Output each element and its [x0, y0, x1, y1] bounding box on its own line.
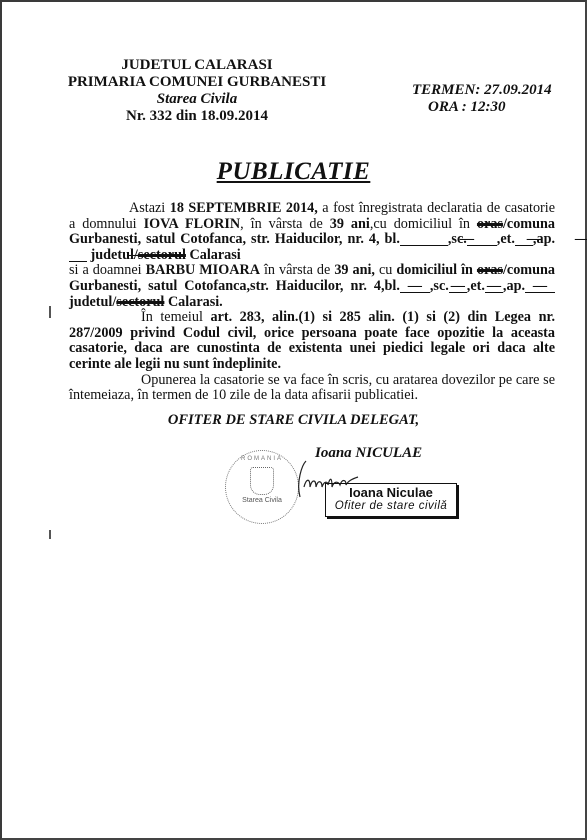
signature-name-box: Ioana Niculae Ofiter de stare civilă	[325, 483, 457, 517]
stamp-top-text: ROMANIA	[240, 456, 284, 462]
official-stamp: ROMANIA Starea Civila	[225, 450, 299, 524]
scan-artifact	[49, 306, 51, 318]
signatory-name: Ioana Niculae	[326, 485, 456, 500]
groom-name: IOVA FLORIN	[144, 216, 241, 232]
document-title: PUBLICATIE	[2, 158, 585, 186]
bride-name: BARBU MIOARA	[146, 262, 260, 278]
paragraph-bride: si a doamnei BARBU MIOARA în vârsta de 3…	[69, 263, 555, 310]
deadline-date: TERMEN: 27.09.2014	[412, 82, 552, 99]
document-body: Astazi 18 SEPTEMBRIE 2014, a fost înregi…	[69, 201, 555, 404]
officer-title: OFITER DE STARE CIVILA DELEGAT,	[2, 412, 585, 429]
paragraph-legal-basis: În temeiul art. 283, alin.(1) si 285 ali…	[69, 310, 555, 372]
signatory-role: Ofiter de stare civilă	[326, 500, 456, 513]
paragraph-opposition: Opunerea la casatorie se va face în scri…	[69, 373, 555, 404]
issuer-header: JUDETUL CALARASI PRIMARIA COMUNEI GURBAN…	[62, 57, 332, 125]
registration-number: Nr. 332 din 18.09.2014	[62, 108, 332, 125]
deadline-time: ORA : 12:30	[412, 99, 552, 116]
county-heading: JUDETUL CALARASI	[62, 57, 332, 74]
coat-of-arms-icon	[250, 467, 274, 495]
town-hall-heading: PRIMARIA COMUNEI GURBANESTI	[62, 74, 332, 91]
deadline-block: TERMEN: 27.09.2014 ORA : 12:30	[412, 82, 552, 116]
paragraph-groom: Astazi 18 SEPTEMBRIE 2014, a fost înregi…	[69, 201, 555, 263]
document-page: JUDETUL CALARASI PRIMARIA COMUNEI GURBAN…	[0, 0, 587, 840]
stamp-center-text: Starea Civila	[232, 497, 292, 504]
scan-artifact	[49, 530, 51, 539]
department-heading: Starea Civila	[62, 91, 332, 108]
